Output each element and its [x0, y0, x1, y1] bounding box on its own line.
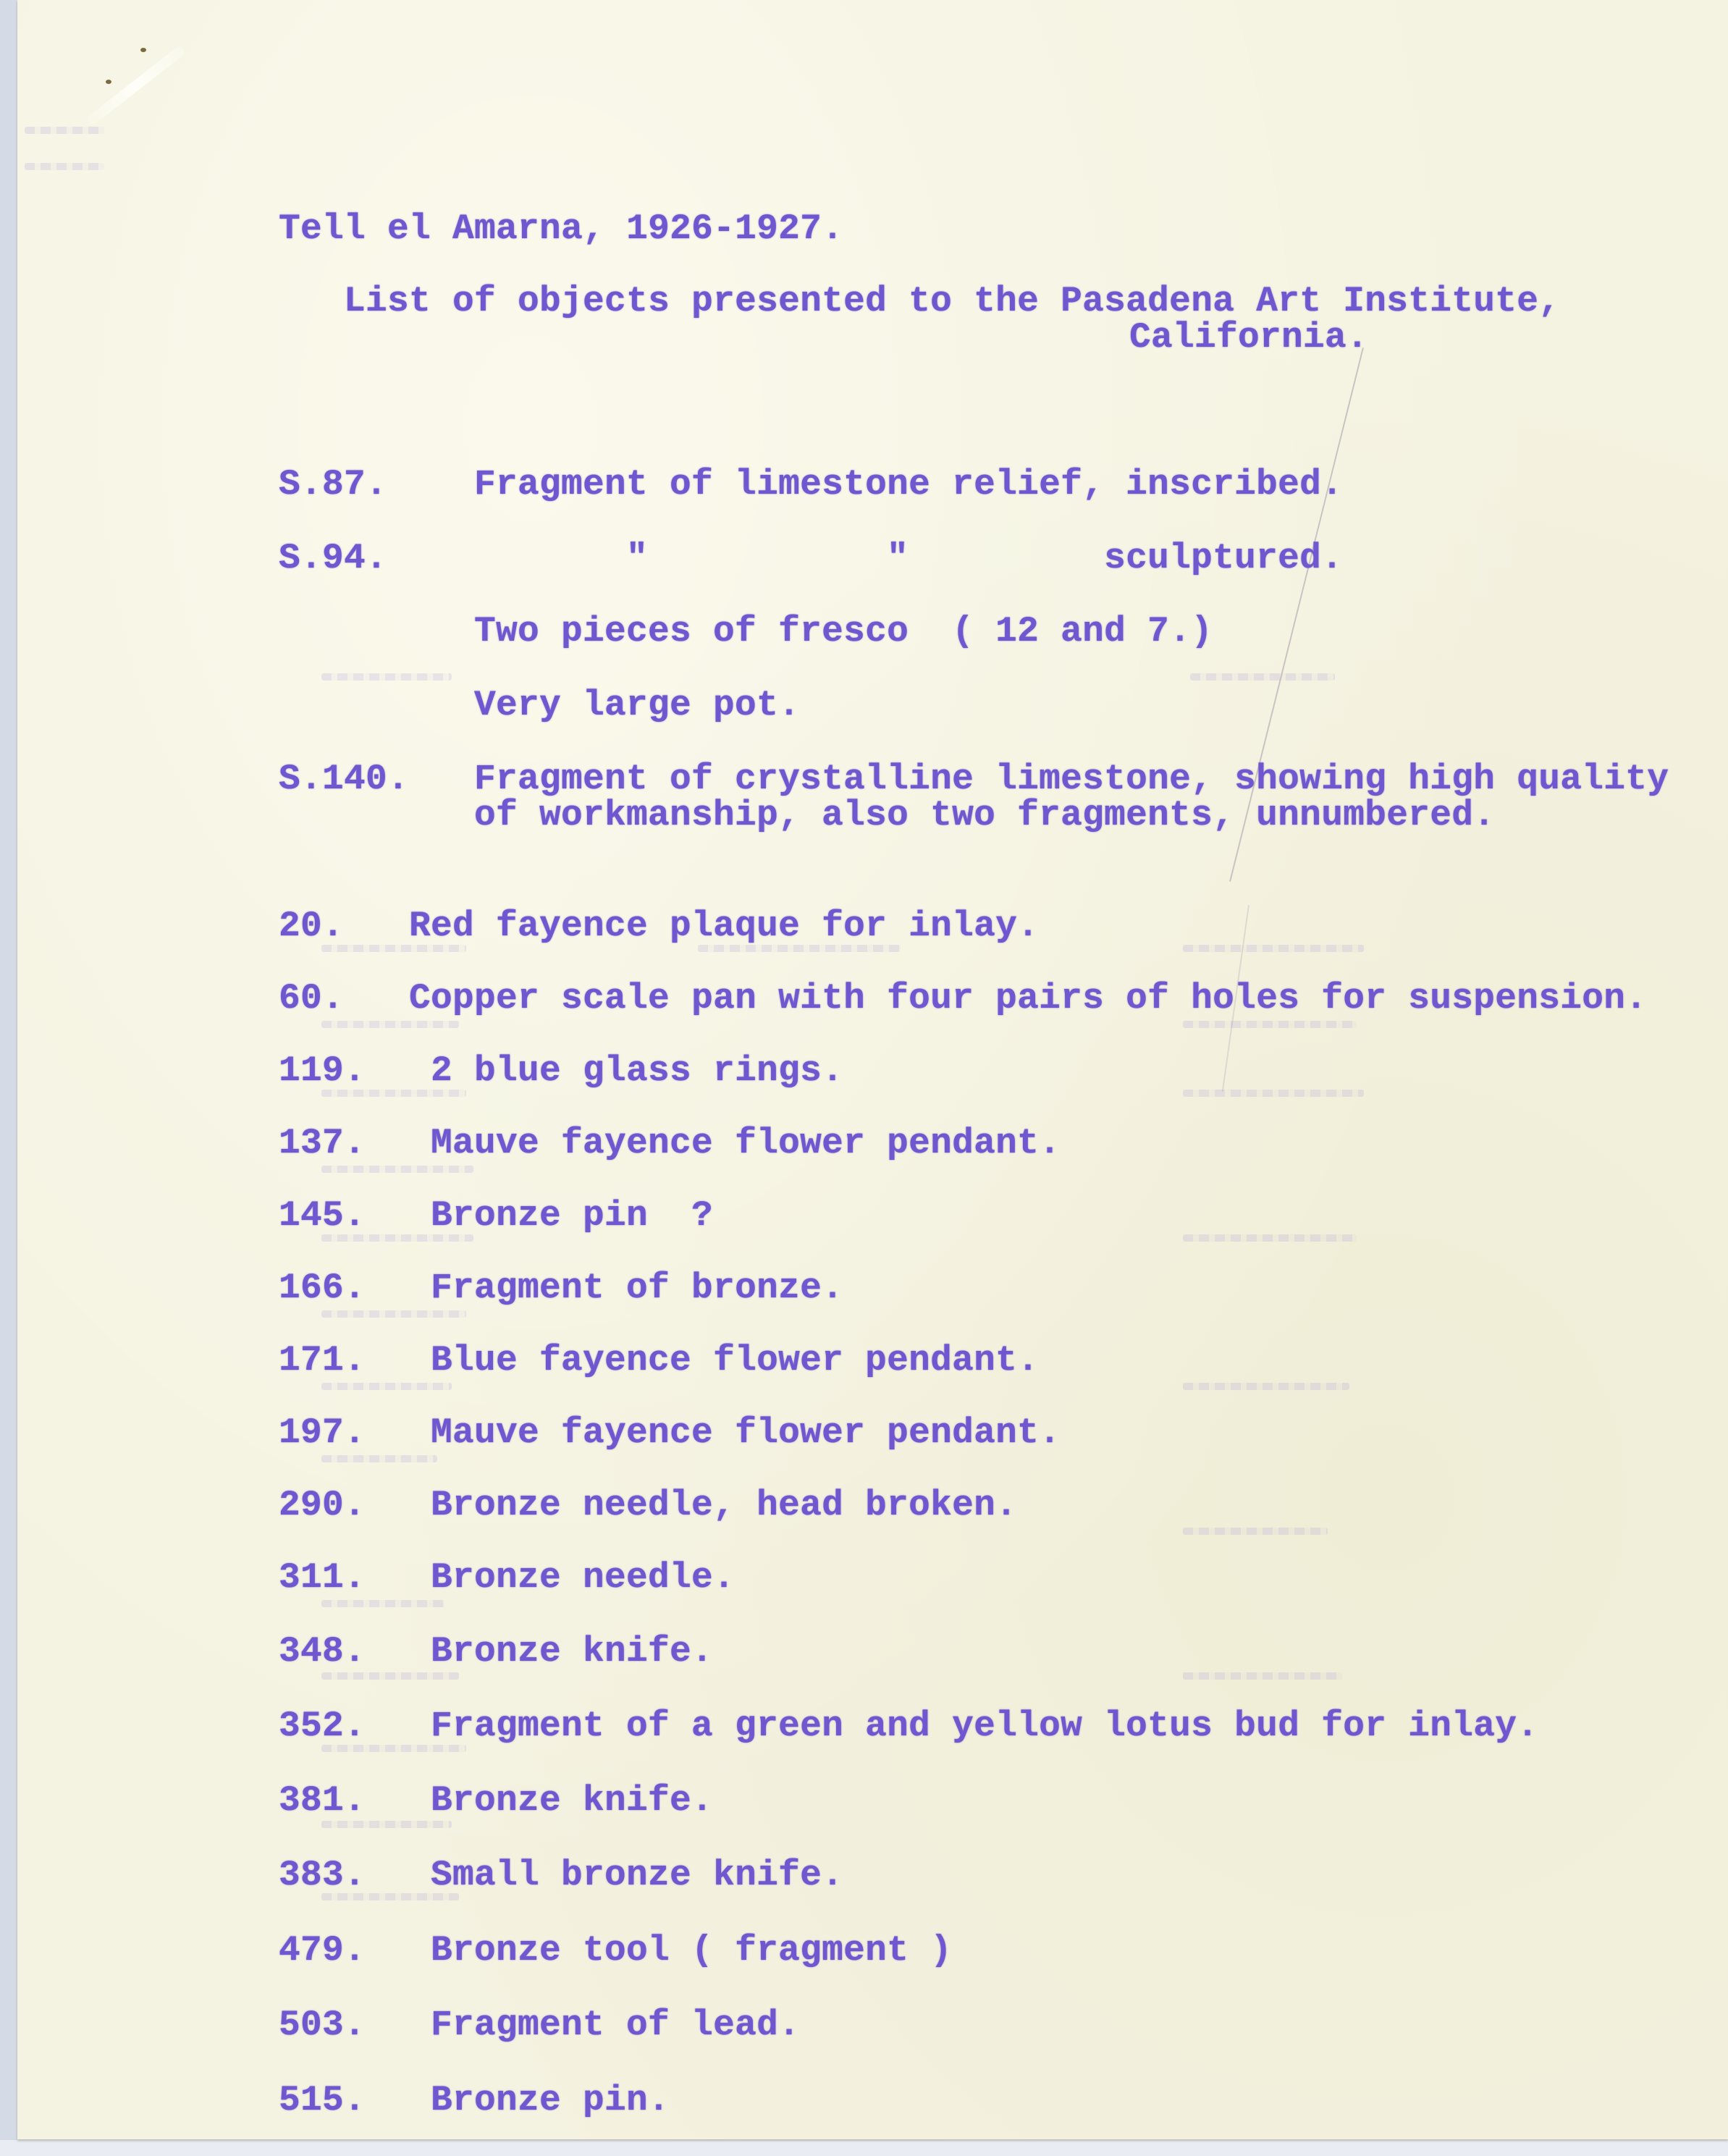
item-number: 60. [279, 981, 344, 1017]
item-description: Bronze knife. [431, 1634, 713, 1670]
item-description: Copper scale pan with four pairs of hole… [409, 981, 1647, 1017]
item-number: 171. [279, 1343, 366, 1379]
document-subheading-continued: California. [1129, 320, 1368, 356]
staple-hole-icon [106, 80, 111, 84]
staple-hole-icon [140, 48, 146, 52]
show-through-text [1190, 673, 1335, 681]
item-number: 381. [279, 1783, 366, 1819]
show-through-text [321, 1455, 437, 1462]
item-description: Fragment of bronze. [431, 1271, 843, 1307]
item-number: 479. [279, 1933, 366, 1969]
show-through-text [1183, 1672, 1342, 1680]
document-subheading: List of objects presented to the Pasaden… [344, 284, 1560, 320]
scanner-background-bottom [0, 2140, 1728, 2156]
item-description: Mauve fayence flower pendant. [431, 1126, 1061, 1162]
show-through-text [1183, 945, 1364, 952]
item-number: 145. [279, 1198, 366, 1234]
item-description: Fragment of a green and yellow lotus bud… [431, 1709, 1538, 1745]
show-through-text [1183, 1383, 1349, 1390]
item-description: Mauve fayence flower pendant. [431, 1415, 1061, 1452]
item-number: 348. [279, 1634, 366, 1670]
item-description: 2 blue glass rings. [409, 1053, 843, 1090]
item-number: 119. [279, 1053, 366, 1090]
item-number: S.87. [279, 467, 387, 503]
item-number: S.94. [279, 541, 387, 577]
item-description: Fragment of limestone relief, inscribed. [474, 467, 1343, 503]
item-number: 503. [279, 2008, 366, 2044]
item-description: Small bronze knife. [431, 1858, 843, 1894]
item-number: 197. [279, 1415, 366, 1452]
item-description: Blue fayence flower pendant. [431, 1343, 1039, 1379]
item-number: 311. [279, 1560, 366, 1596]
item-description: " " sculptured. [626, 541, 1343, 577]
item-number: 515. [279, 2083, 366, 2119]
document-heading: Tell el Amarna, 1926-1927. [279, 211, 843, 248]
show-through-text [25, 127, 104, 134]
item-description: Bronze tool ( fragment ) [431, 1933, 952, 1969]
item-description: Red fayence plaque for inlay. [409, 909, 1039, 945]
staple-crease [83, 45, 187, 129]
item-number: 20. [279, 909, 344, 945]
item-description: Bronze needle. [431, 1560, 735, 1596]
show-through-text [321, 1383, 452, 1390]
item-description: Two pieces of fresco ( 12 and 7.) [474, 614, 1213, 650]
show-through-text [25, 163, 104, 170]
show-through-text [321, 1310, 466, 1318]
item-description-continued: of workmanship, also two fragments, unnu… [474, 798, 1495, 834]
show-through-text [321, 1021, 459, 1028]
show-through-text [321, 1600, 444, 1607]
item-description: Bronze knife. [431, 1783, 713, 1819]
item-number: S.140. [279, 762, 409, 798]
show-through-text [1183, 1234, 1357, 1242]
item-description: Fragment of lead. [431, 2008, 800, 2044]
show-through-text [321, 1166, 473, 1173]
item-description: Fragment of crystalline limestone, showi… [474, 762, 1669, 798]
item-number: 166. [279, 1271, 366, 1307]
show-through-text [1183, 1021, 1357, 1028]
show-through-text [321, 673, 452, 681]
item-description: Bronze needle, head broken. [431, 1488, 1017, 1524]
item-description: Bronze pin. [431, 2083, 670, 2119]
show-through-text [1183, 1090, 1364, 1097]
item-number: 352. [279, 1709, 366, 1745]
item-number: 290. [279, 1488, 366, 1524]
show-through-text [321, 1672, 459, 1680]
item-number: 383. [279, 1858, 366, 1894]
show-through-text [321, 1821, 452, 1828]
item-description: Very large pot. [474, 688, 800, 724]
show-through-text [1183, 1528, 1328, 1535]
item-number: 137. [279, 1126, 366, 1162]
scanner-background-left [0, 0, 17, 2156]
item-description: Bronze pin ? [431, 1198, 713, 1234]
